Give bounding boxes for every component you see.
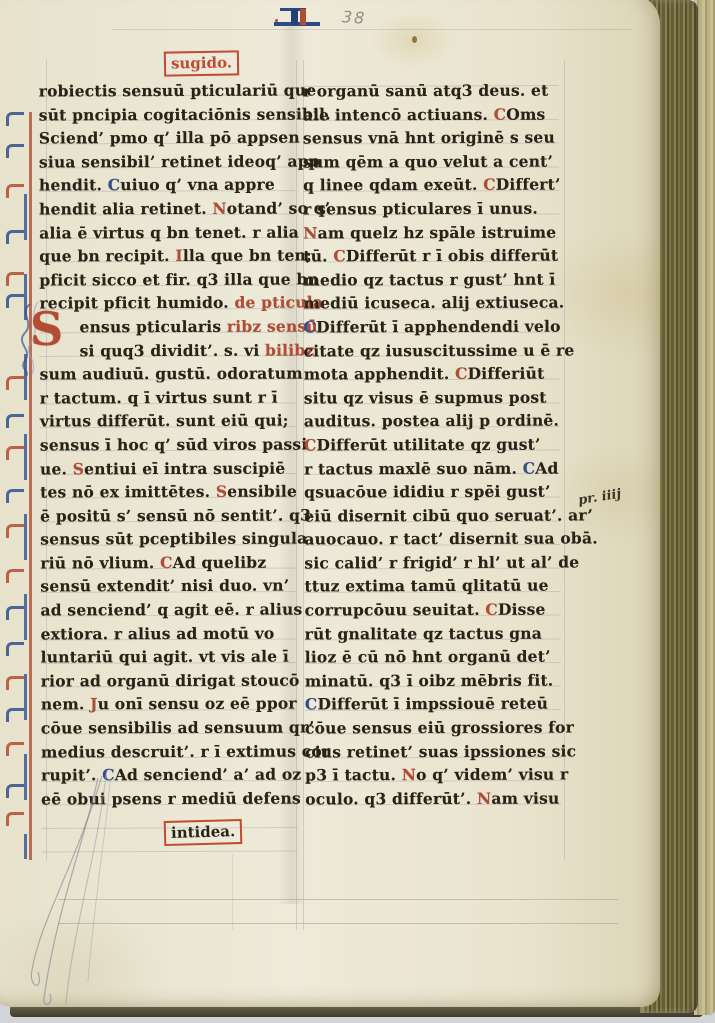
rubricated-text: C	[108, 176, 121, 195]
text-line: sensus vnā hnt originē s seu	[303, 126, 559, 150]
numeral-bar-blue	[291, 9, 298, 25]
running-title-rubric: sugido.	[164, 50, 239, 76]
text-line: ad senciend’ q agit eē. r alius	[40, 598, 296, 622]
ink-text: uiuo q’ vna appre	[120, 175, 275, 195]
ink-text: sensū extendit’ nisi duo. vn’	[40, 576, 289, 596]
ink-text: situ qz visus ē supmus post	[304, 387, 547, 407]
ink-text: u onī sensu oz eē ppor	[98, 694, 297, 714]
ink-text: eiū disernit cibū quo seruat’. ar’	[304, 505, 593, 525]
text-line: ue. Sentiui eī intra suscipiē	[40, 456, 296, 480]
ink-text: Differūt utilitate qz gust’	[316, 435, 540, 455]
pen-flourish	[10, 772, 130, 1012]
ink-text: Differt’	[496, 175, 561, 194]
ink-text: ē positū s’ sensū nō sentit’. q3	[40, 505, 311, 525]
text-line: sensū extendit’ nisi duo. vn’	[40, 574, 296, 598]
rubricated-text: C	[455, 364, 468, 383]
rubricated-text: N	[402, 765, 416, 784]
ink-text: ad senciend’ q agit eē. r alius	[40, 600, 302, 620]
text-line: oculo. q3 differūt’. Nam visu	[305, 786, 561, 810]
rubricated-text: C	[160, 553, 173, 572]
rubricated-text: C	[483, 175, 496, 194]
margin-paraph-tab	[6, 376, 24, 390]
text-line: sensus ī hoc q’ sūd viros passi	[40, 432, 296, 456]
ink-text: si quq3 dividit’. s. vi	[80, 340, 266, 360]
ink-text: alia ē virtus q bn tenet. r alia	[39, 222, 299, 242]
ink-text: mediū icuseca. alij extiuseca.	[303, 293, 564, 313]
ink-text: minatū. q3 ī oibz mēbris fit.	[305, 670, 554, 690]
text-line: p3 ī tactu. No q’ videm’ visu r	[305, 763, 561, 787]
margin-paraph-tab	[6, 230, 24, 244]
text-line: medio qz tactus r gust’ hnt ī	[303, 267, 559, 291]
text-line: Sciend’ pmo q’ illa pō appsen	[39, 126, 295, 150]
ink-text: que bn recipit.	[39, 246, 175, 265]
ink-text: Ad senciend’ a’ ad oz	[115, 765, 302, 785]
ink-text: ale intencō actiuans.	[303, 104, 494, 124]
text-line: pficit sicco et fir. q3 illa que bn	[39, 267, 295, 291]
rubricated-text: C	[304, 317, 317, 336]
ink-text: cōue sensus eiū grossiores for	[305, 718, 574, 738]
rubricated-text: N	[477, 789, 491, 808]
margin-paraph-tab	[6, 184, 24, 198]
margin-paraph-tab	[6, 642, 24, 656]
ink-text: sum audiuū. gustū. odoratum	[40, 364, 303, 384]
ink-text: sensus vnā hnt originē s seu	[303, 128, 555, 148]
text-line: hendit alia retinet. Notand’ so q’	[39, 197, 295, 221]
ink-text: sensus ī hoc q’ sūd viros passi	[40, 434, 308, 454]
ink-text: hendit.	[39, 176, 108, 195]
parchment-page: 38 sugido. intidea. S robiectis sensuū p…	[0, 0, 660, 1007]
text-line: ē positū s’ sensū nō sentit’. q3	[40, 503, 296, 527]
ink-text: riū nō vlium.	[40, 553, 160, 572]
ink-text: sum qēm a quo velut a cent’	[303, 151, 553, 171]
ink-text: lla que bn ten;	[183, 246, 312, 265]
manuscript-photo: 38 sugido. intidea. S robiectis sensuū p…	[0, 0, 715, 1023]
ink-text: rūt gnalitate qz tactus gna	[305, 623, 542, 643]
ink-text: cōue sensibilis ad sensuum qr’	[41, 718, 315, 738]
ink-text: am visu	[491, 788, 559, 807]
text-line: robiectis sensuū pticulariū que	[39, 79, 295, 103]
ink-text: ue.	[40, 459, 73, 478]
text-line: siua sensibil’ retinet ideoq’ app	[39, 149, 295, 173]
text-line: r sensus pticulares ī unus.	[303, 197, 559, 221]
margin-paraph-tab	[6, 489, 24, 503]
text-line: r tactum. q ī virtus sunt r ī	[40, 385, 296, 409]
margin-paraph-tab	[6, 569, 24, 583]
rubricated-text: C	[494, 104, 507, 123]
ink-text: Differūt r ī obis differūt	[346, 246, 558, 266]
text-line: medius descruit’. r ī extimus cor	[41, 739, 297, 763]
ink-text: auditus. postea alij p ordinē.	[304, 411, 559, 431]
text-line: eiū disernit cibū quo seruat’. ar’	[304, 503, 560, 527]
margin-bar-red	[29, 112, 32, 860]
ink-text: cius retinet’ suas ipssiones sic	[305, 741, 576, 761]
ink-text: citate qz iususcitussime u ē re	[304, 340, 575, 360]
rubricated-text: C	[485, 600, 498, 619]
ink-text: auocauo. r tact’ disernit sua obā.	[304, 529, 598, 549]
text-line: minatū. q3 ī oibz mēbris fit.	[305, 668, 561, 692]
ink-text: corrupcōuu seuitat.	[305, 600, 486, 620]
text-line: sic calid’ r frigid’ r hl’ ut al’ de	[304, 550, 560, 574]
text-column-right: r organū sanū atq3 deus. etale intencō a…	[303, 79, 562, 822]
text-line: ttuz extima tamū qlitatū ue	[304, 574, 560, 598]
text-line: alia ē virtus q bn tenet. r alia	[39, 220, 295, 244]
text-line: mota apphendit. CDifferiūt	[304, 362, 560, 386]
ruling-tail	[232, 854, 233, 930]
text-line: q linee qdam exeūt. CDiffert’	[303, 173, 559, 197]
text-line: virtus differūt. sunt eiū qui;	[40, 409, 296, 433]
rubricated-text: C	[305, 695, 318, 714]
ink-text: p3 ī tactu.	[305, 765, 402, 784]
ink-stain-dot	[412, 36, 417, 43]
ink-text: sūt pncipia cogitaciōnis sensibil.	[39, 104, 331, 124]
margin-paraph-tab	[6, 272, 24, 286]
text-line: Nam quelz hz spāle istruime	[303, 220, 559, 244]
margin-paraph-tab	[6, 676, 24, 690]
ink-text: lioz ē cū nō hnt organū det’	[305, 647, 551, 667]
ink-text: entiui eī intra suscipiē	[84, 458, 285, 478]
text-line: ale intencō actiuans. COms	[303, 102, 559, 126]
text-line: extiora. r alius ad motū vo	[41, 621, 297, 645]
text-line: riū nō vlium. CAd quelibz	[40, 550, 296, 574]
ink-text: Differiūt	[468, 364, 545, 383]
margin-decoration	[2, 0, 42, 894]
text-line: cōue sensus eiū grossiores for	[305, 716, 561, 740]
margin-paraph-tab	[6, 144, 24, 158]
text-line: luntariū qui agit. vt vis ale ī	[41, 645, 297, 669]
ink-text: Differūt ī apphendendi velo	[316, 316, 561, 336]
numeral-bar-red	[300, 9, 306, 25]
numeral-red-dot	[275, 19, 278, 22]
text-line: mediū icuseca. alij extiuseca.	[303, 291, 559, 315]
ink-text: mota apphendit.	[304, 364, 455, 384]
text-line: lioz ē cū nō hnt organū det’	[305, 645, 561, 669]
ink-text: Ad	[535, 458, 558, 477]
rubricated-text: C	[333, 246, 346, 265]
text-line: que bn recipit. Illa que bn ten;	[39, 244, 295, 268]
rubricated-text: C	[304, 435, 317, 454]
ink-text: medius descruit’. r ī extimus cor	[41, 741, 330, 761]
ink-text: luntariū qui agit. vt vis ale ī	[41, 647, 289, 667]
rubricated-text: S	[216, 482, 227, 501]
margin-paraph-tab	[6, 446, 24, 460]
text-line: situ qz visus ē supmus post	[304, 385, 560, 409]
text-line: si quq3 dividit’. s. vi bilibz	[40, 338, 296, 362]
text-line: citate qz iususcitussime u ē re	[304, 338, 560, 362]
quire-numeral-ornament	[274, 6, 322, 30]
ink-text: r sensus pticulares ī unus.	[303, 199, 538, 219]
text-line: tū. CDifferūt r ī obis differūt	[303, 244, 559, 268]
ink-text: ttuz extima tamū qlitatū ue	[304, 576, 548, 596]
text-line: cius retinet’ suas ipssiones sic	[305, 739, 561, 763]
margin-paraph-tab	[6, 524, 24, 538]
rubricated-text: N	[212, 199, 226, 218]
ink-text: ensibile	[227, 482, 297, 501]
text-line: sum audiuū. gustū. odoratum	[40, 362, 296, 386]
pencil-folio-number: 38	[341, 7, 367, 28]
marginal-note: pr. iiij	[577, 487, 622, 509]
margin-paraph-tab	[6, 708, 24, 722]
text-line: sensus sūt pceptibiles singula	[40, 527, 296, 551]
text-line: sum qēm a quo velut a cent’	[303, 149, 559, 173]
ink-text: Sciend’ pmo q’ illa pō appsen	[39, 128, 300, 148]
text-column-left: robiectis sensuū pticulariū quesūt pncip…	[39, 79, 298, 860]
ink-text: recipit pficit humido.	[39, 293, 234, 313]
ink-text: robiectis sensuū pticulariū que	[39, 80, 317, 100]
ink-text: sic calid’ r frigid’ r hl’ ut al’ de	[304, 552, 579, 572]
margin-paraph-tab	[6, 606, 24, 620]
ruling-column-right	[564, 60, 565, 860]
rubricated-text: C	[523, 458, 536, 477]
text-line: cōue sensibilis ad sensuum qr’	[41, 716, 297, 740]
text-line: hendit. Cuiuo q’ vna appre	[39, 173, 295, 197]
ink-text: r organū sanū atq3 deus. et	[303, 81, 549, 101]
text-line: auocauo. r tact’ disernit sua obā.	[304, 527, 560, 551]
margin-paraph-tab	[6, 742, 24, 756]
rubricated-text: S	[73, 459, 84, 478]
ink-text: pficit sicco et fir. q3 illa que bn	[39, 269, 319, 289]
ink-text: tū.	[303, 246, 333, 265]
ink-text: hendit alia retinet.	[39, 199, 212, 219]
text-line: sūt pncipia cogitaciōnis sensibil.	[39, 102, 295, 126]
ink-text: am quelz hz spāle istruime	[318, 222, 557, 242]
ink-text: oculo. q3 differūt’.	[305, 789, 477, 809]
ink-text: siua sensibil’ retinet ideoq’ app	[39, 151, 320, 171]
margin-paraph-tab	[6, 112, 24, 126]
text-line: qsuacōue ididiu r spēi gust’	[304, 480, 560, 504]
ink-text: nem.	[41, 695, 90, 714]
ink-text: ensus pticularis	[79, 317, 226, 337]
rubricated-text: N	[303, 223, 317, 242]
ink-text: qsuacōue ididiu r spēi gust’	[304, 482, 551, 502]
ink-text: Ad quelibz	[173, 553, 267, 572]
ink-text: virtus differūt. sunt eiū qui;	[40, 411, 289, 431]
rubricated-text: J	[90, 695, 98, 714]
text-line: recipit pficit humido. de pticula	[39, 291, 295, 315]
ink-text: r tactus maxlē suo nām.	[304, 458, 523, 478]
ruling-line-bottom-1	[58, 899, 618, 900]
text-line: CDifferūt utilitate qz gust’	[304, 432, 560, 456]
ruling-line-top	[112, 29, 632, 30]
ink-text: extiora. r alius ad motū vo	[41, 623, 275, 643]
text-line: corrupcōuu seuitat. CDisse	[305, 598, 561, 622]
text-line: CDifferūt ī apphendendi velo	[304, 314, 560, 338]
text-line: rūt gnalitate qz tactus gna	[305, 621, 561, 645]
ruling-line-bottom-2	[58, 923, 618, 924]
rubricated-text: I	[175, 246, 183, 265]
ink-text: o q’ videm’ visu r	[416, 765, 568, 785]
text-line: r organū sanū atq3 deus. et	[303, 79, 559, 103]
ink-text: Differūt ī impssiouē reteū	[317, 694, 548, 714]
ink-text: rior ad organū dirigat stoucō	[41, 670, 300, 690]
text-line: r tactus maxlē suo nām. CAd	[304, 456, 560, 480]
ink-text: q linee qdam exeūt.	[303, 175, 483, 195]
margin-paraph-tab	[6, 414, 24, 428]
text-line: rior ad organū dirigat stoucō	[41, 668, 297, 692]
ink-text: Oms	[506, 104, 545, 123]
text-line: ensus pticularis ribz sensū	[39, 314, 295, 338]
ink-text: r tactum. q ī virtus sunt r ī	[40, 387, 278, 407]
ink-text: Disse	[498, 600, 546, 619]
text-line: tes nō ex imittētes. Sensibile	[40, 480, 296, 504]
text-line: nem. Ju onī sensu oz eē ppor	[41, 692, 297, 716]
ink-text: tes nō ex imittētes.	[40, 482, 216, 502]
ink-text: medio qz tactus r gust’ hnt ī	[303, 269, 555, 289]
ink-text: sensus sūt pceptibiles singula	[40, 529, 307, 549]
text-line: auditus. postea alij p ordinē.	[304, 409, 560, 433]
margin-bar-blue	[24, 194, 27, 859]
text-line: CDifferūt ī impssiouē reteū	[305, 692, 561, 716]
